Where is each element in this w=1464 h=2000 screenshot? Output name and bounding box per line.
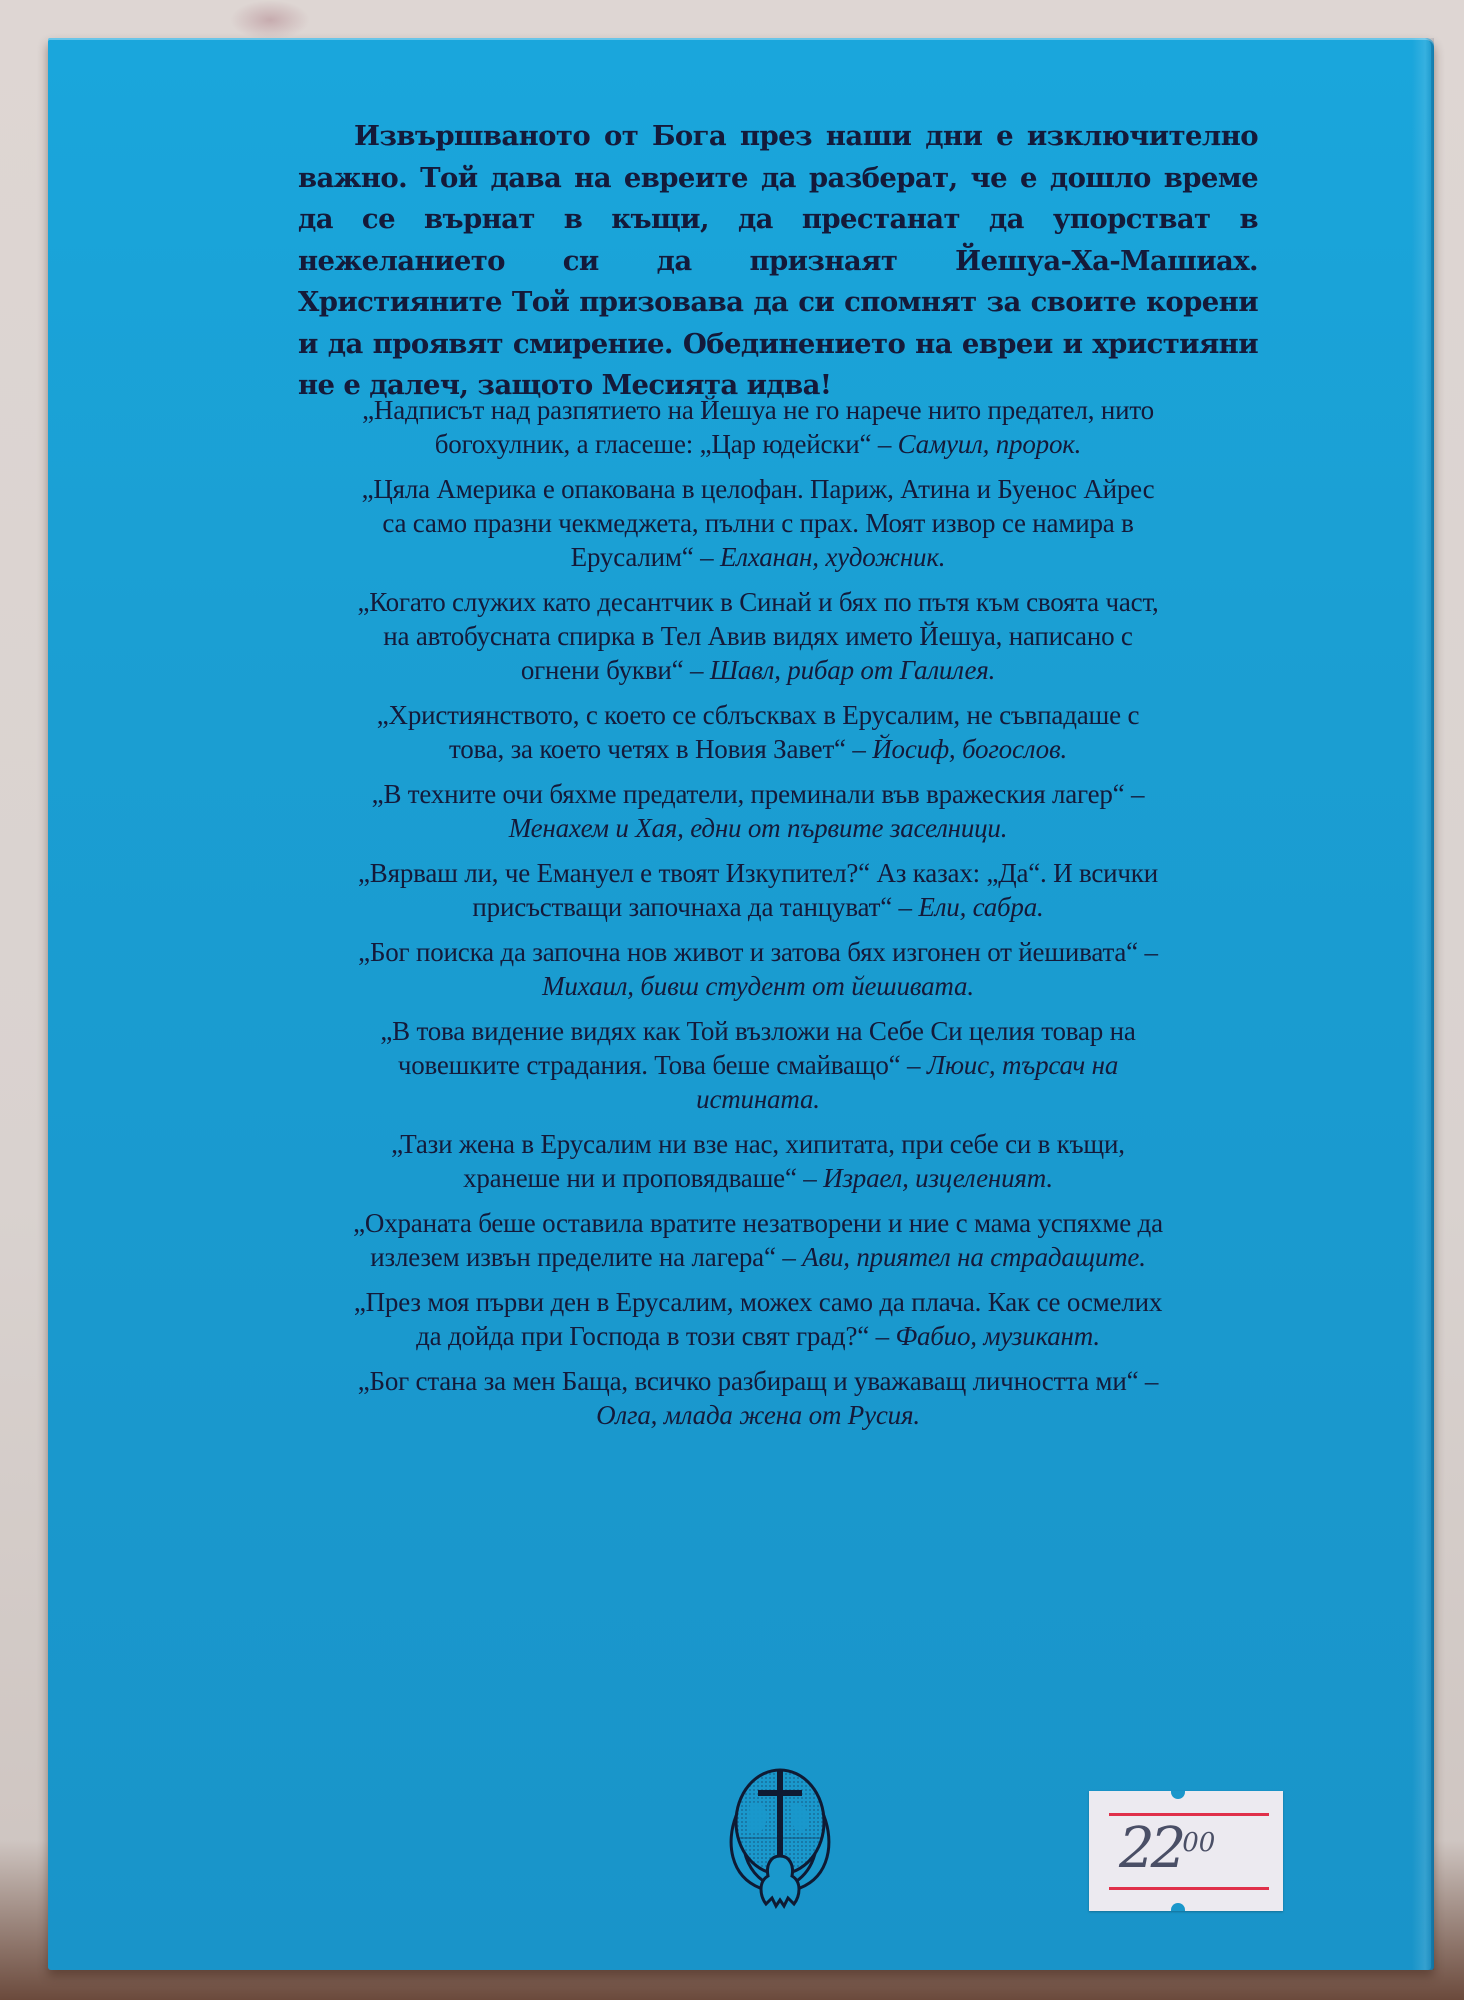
- quote-text: „В техните очи бяхме предатели, преминал…: [372, 779, 1125, 809]
- globe-cross-dove-icon: [720, 1764, 840, 1914]
- price-whole: 22: [1119, 1816, 1182, 1881]
- book-back-cover: Извършваното от Бога през наши дни е изк…: [48, 38, 1434, 1970]
- quote-item: „Цяла Америка е опакована в целофан. Пар…: [348, 472, 1168, 574]
- quote-attribution: – Елханан, художник.: [700, 542, 945, 572]
- quote-attribution: – Йосиф, богослов.: [852, 734, 1067, 764]
- quote-attribution: – Ели, сабра.: [899, 892, 1044, 922]
- quote-text: „Бог поиска да започна нов живот и затов…: [358, 937, 1138, 967]
- background-stain: [230, 0, 310, 40]
- quote-item: „Тази жена в Ерусалим ни взе нас, хипита…: [348, 1127, 1168, 1195]
- quote-item: „В това видение видях как Той възложи на…: [348, 1014, 1168, 1116]
- quote-item: „Бог стана за мен Баща, всичко разбиращ …: [348, 1364, 1168, 1432]
- quote-item: „Надписът над разпятието на Йешуа не го …: [348, 393, 1168, 461]
- testimonial-quotes: „Надписът над разпятието на Йешуа не го …: [348, 393, 1168, 1443]
- sticker-notch: [1171, 1903, 1185, 1911]
- quote-attribution: – Фабио, музикант.: [876, 1321, 1100, 1351]
- price-cents: 00: [1182, 1828, 1215, 1858]
- quote-attribution: – Самуил, пророк.: [878, 429, 1081, 459]
- quote-item: „Християнството, с което се сблъсквах в …: [348, 698, 1168, 766]
- quote-item: „Вярваш ли, че Емануел е твоят Изкупител…: [348, 856, 1168, 924]
- cover-content: Извършваното от Бога през наши дни е изк…: [48, 38, 1434, 1970]
- quote-item: „Охраната беше оставила вратите незатвор…: [348, 1206, 1168, 1274]
- quote-item: „През моя първи ден в Ерусалим, можех са…: [348, 1285, 1168, 1353]
- price-value: 2200: [1119, 1819, 1215, 1879]
- price-sticker: 2200: [1089, 1791, 1283, 1911]
- sticker-notch: [1171, 1791, 1185, 1799]
- quote-attribution: – Шавл, рибар от Галилея.: [690, 655, 995, 685]
- sticker-red-line: [1109, 1887, 1269, 1890]
- publisher-emblem: [720, 1764, 840, 1914]
- quote-attribution: – Израел, изцеленият.: [803, 1163, 1053, 1193]
- intro-paragraph: Извършваното от Бога през наши дни е изк…: [298, 116, 1258, 407]
- quote-text: „Бог стана за мен Баща, всичко разбиращ …: [358, 1366, 1139, 1396]
- quote-attribution: – Ави, приятел на страдащите.: [782, 1242, 1145, 1272]
- quote-item: „Когато служих като десантчик в Синай и …: [348, 585, 1168, 687]
- quote-item: „В техните очи бяхме предатели, преминал…: [348, 777, 1168, 845]
- quote-item: „Бог поиска да започна нов живот и затов…: [348, 935, 1168, 1003]
